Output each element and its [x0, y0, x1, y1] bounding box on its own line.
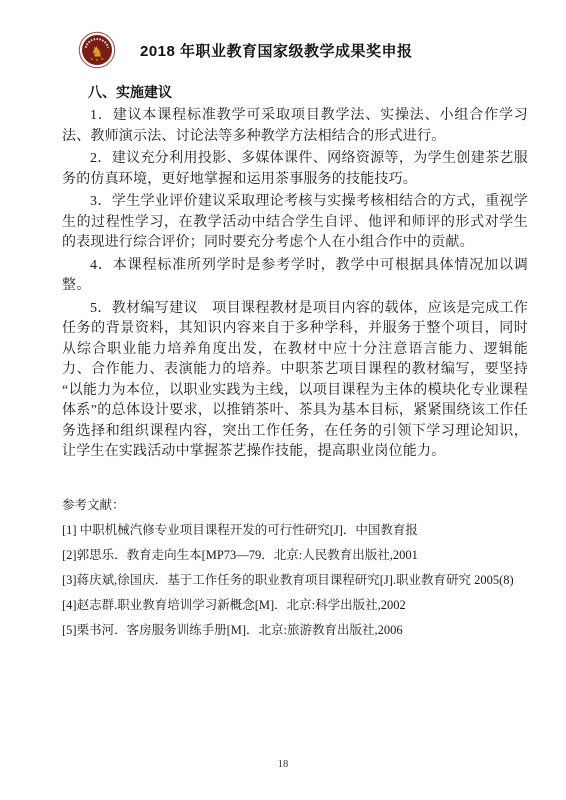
document-header: ♞ 2018 年职业教育国家级教学成果奖申报: [78, 30, 528, 70]
reference-item-3: [3]蒋庆斌,徐国庆．基于工作任务的职业教育项目课程研究[J].职业教育研究 2…: [62, 570, 528, 590]
reference-item-2: [2]郭思乐．教育走向生本[MP73—79．北京:人民教育出版社,2001: [62, 545, 528, 565]
paragraph-2: 2．建议充分利用投影、多媒体课件、网络资源等，为学生创建茶艺服务的仿真环境，更好…: [62, 149, 528, 190]
paragraph-4: 4．本课程标准所列学时是参考学时，教学中可根据具体情况加以调整。: [62, 256, 528, 297]
section-heading: 八、实施建议: [88, 84, 528, 104]
paragraph-3: 3．学生学业评价建议采取理论考核与实操考核相结合的方式，重视学生的过程性学习，在…: [62, 192, 528, 254]
seal-dot: [96, 59, 98, 61]
seal-horse-icon: ♞: [91, 45, 104, 61]
document-page: ♞ 2018 年职业教育国家级教学成果奖申报 八、实施建议 1．建议本课程标准教…: [0, 0, 566, 800]
page-title: 2018 年职业教育国家级教学成果奖申报: [140, 40, 413, 61]
paragraph-1: 1．建议本课程标准教学可采取项目教学法、实操法、小组合作学习法、教师演示法、讨论…: [62, 106, 528, 147]
school-seal-logo: ♞: [78, 31, 116, 69]
reference-item-4: [4]赵志群.职业教育培训学习新概念[M]．北京:科学出版社,2002: [62, 595, 528, 615]
reference-item-1: [1] 中职机械汽修专业项目课程开发的可行性研究[J]．中国教育报: [62, 520, 528, 540]
references-section: 参考文献： [1] 中职机械汽修专业项目课程开发的可行性研究[J]．中国教育报 …: [62, 495, 528, 640]
references-label: 参考文献：: [62, 495, 528, 515]
paragraph-5: 5．教材编写建议 项目课程教材是项目内容的载体，应该是完成工作任务的背景资料，其…: [62, 299, 528, 463]
page-number: 18: [0, 759, 566, 770]
seal-dot: [91, 58, 93, 60]
seal-dot: [101, 58, 103, 60]
reference-item-5: [5]栗书河．客房服务训练手册[M]．北京:旅游教育出版社,2006: [62, 620, 528, 640]
